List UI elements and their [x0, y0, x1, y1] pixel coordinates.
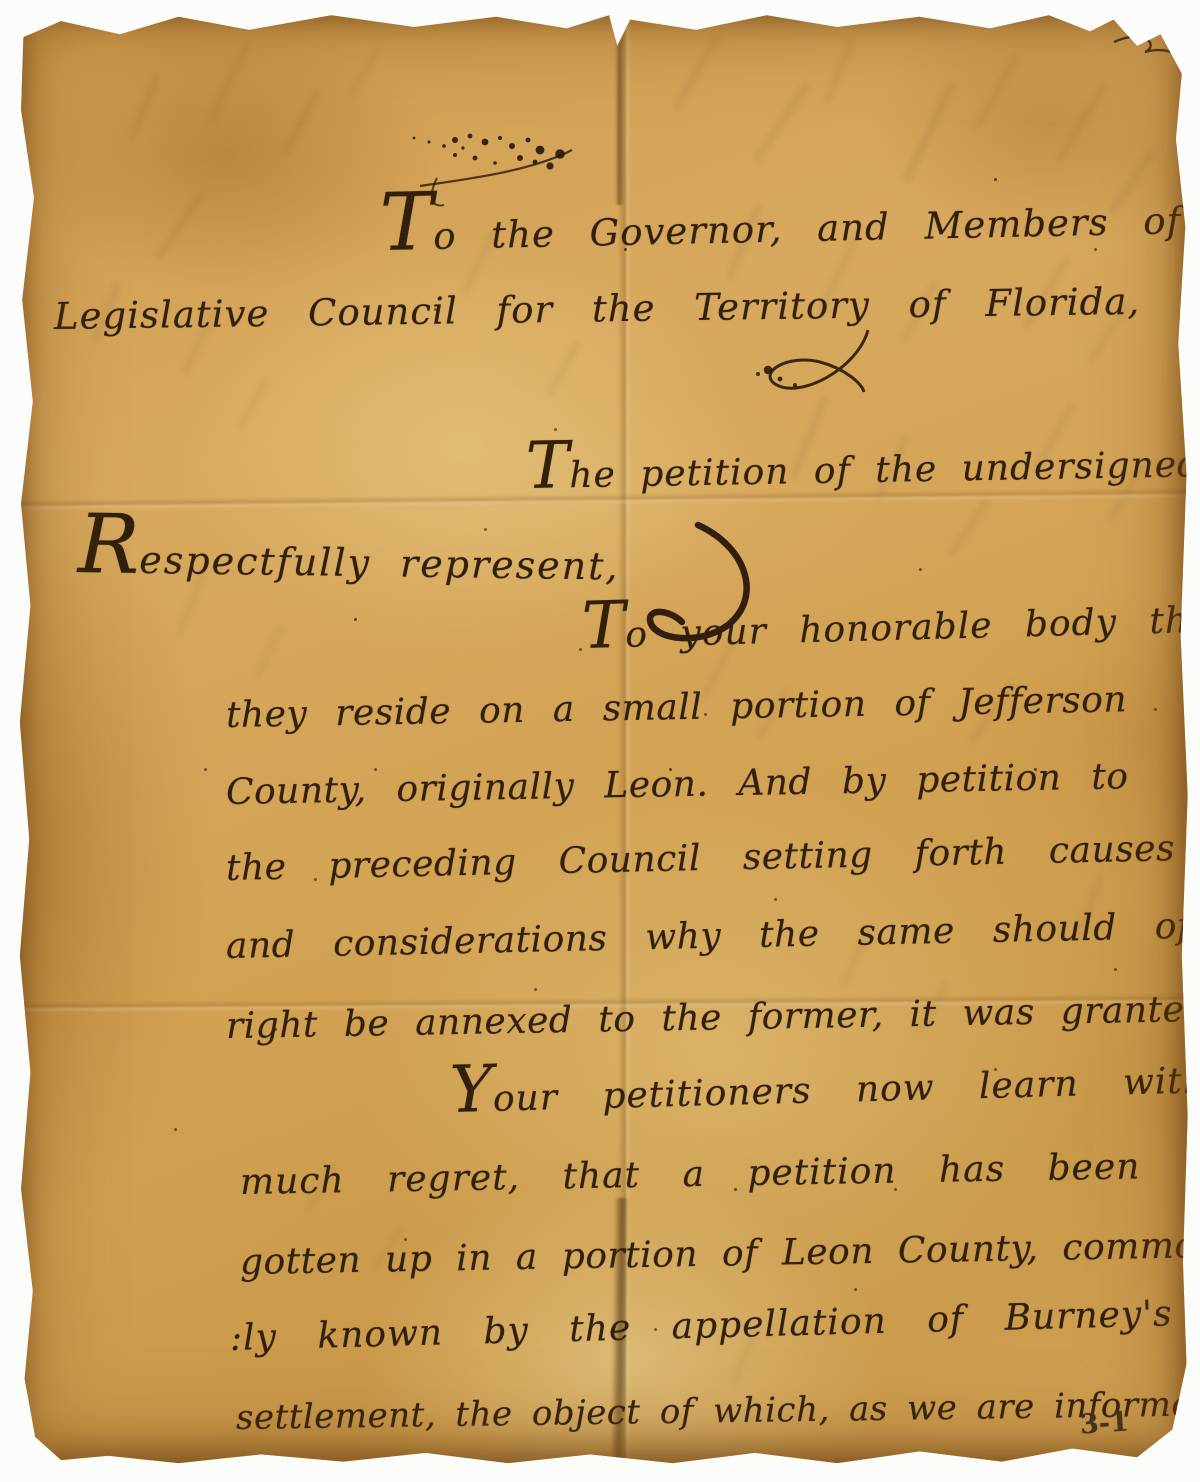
handwriting-line-5: To your honorable body that: [581, 587, 1200, 657]
handwriting-line-14: :ly known by the appellation of Burney's: [229, 1293, 1173, 1359]
bleedthrough-stroke: [127, 73, 162, 141]
handwriting-line-13: gotten up in a portion of Leon County, c…: [240, 1225, 1200, 1283]
handwriting-line-10: right be annexed to the former, it was g…: [226, 989, 1200, 1047]
bleedthrough-stroke: [902, 81, 957, 184]
bleedthrough-stroke: [252, 623, 286, 681]
pen-sweep-stroke: [420, 150, 572, 186]
bleedthrough-stroke: [345, 44, 384, 100]
bleedthrough-stroke: [153, 192, 205, 263]
handwriting-line-2: Legislative Council for the Territory of…: [54, 280, 1141, 338]
bleedthrough-stroke: [546, 339, 582, 396]
bleedthrough-stroke: [822, 38, 857, 106]
bleedthrough-stroke: [751, 81, 812, 165]
handwriting-line-6: they reside on a small portion of Jeffer…: [226, 679, 1128, 736]
handwriting-line-8: the preceding Council setting forth caus…: [226, 828, 1176, 889]
page-number: 3-1: [1079, 1406, 1130, 1440]
scan-background: To the Governor, and Members of the Legi…: [0, 0, 1200, 1482]
handwriting-line-4: Respectfully represent,: [78, 516, 621, 589]
vertical-fold-crease-top: [615, 10, 624, 205]
bleedthrough-stroke: [973, 53, 1021, 132]
ink-blot: [413, 134, 565, 170]
handwriting-line-11: Your petitioners now learn with: [449, 1048, 1200, 1121]
florida-flourish: [756, 330, 868, 392]
bleedthrough-stroke: [946, 496, 993, 559]
bleedthrough-stroke: [280, 87, 323, 157]
bleedthrough-stroke: [206, 40, 252, 125]
corner-squiggle: [1114, 37, 1190, 66]
bleedthrough-stroke: [671, 34, 722, 111]
handwriting-line-9: and considerations why the same should o…: [226, 906, 1192, 967]
bleedthrough-stroke: [236, 374, 272, 431]
handwriting-line-1: To the Governor, and Members of the: [379, 176, 1200, 259]
handwriting-line-15: settlement, the object of which, as we a…: [236, 1384, 1200, 1438]
handwriting-line-12: much regret, that a petition has been: [240, 1146, 1141, 1203]
handwriting-line-7: County, originally Leon. And by petition…: [226, 756, 1129, 813]
bleedthrough-stroke: [1053, 79, 1110, 165]
paper-sheet: To the Governor, and Members of the Legi…: [14, 8, 1190, 1466]
ink-specks: [14, 8, 17, 11]
handwriting-line-3: The petition of the undersigned: [526, 432, 1200, 497]
